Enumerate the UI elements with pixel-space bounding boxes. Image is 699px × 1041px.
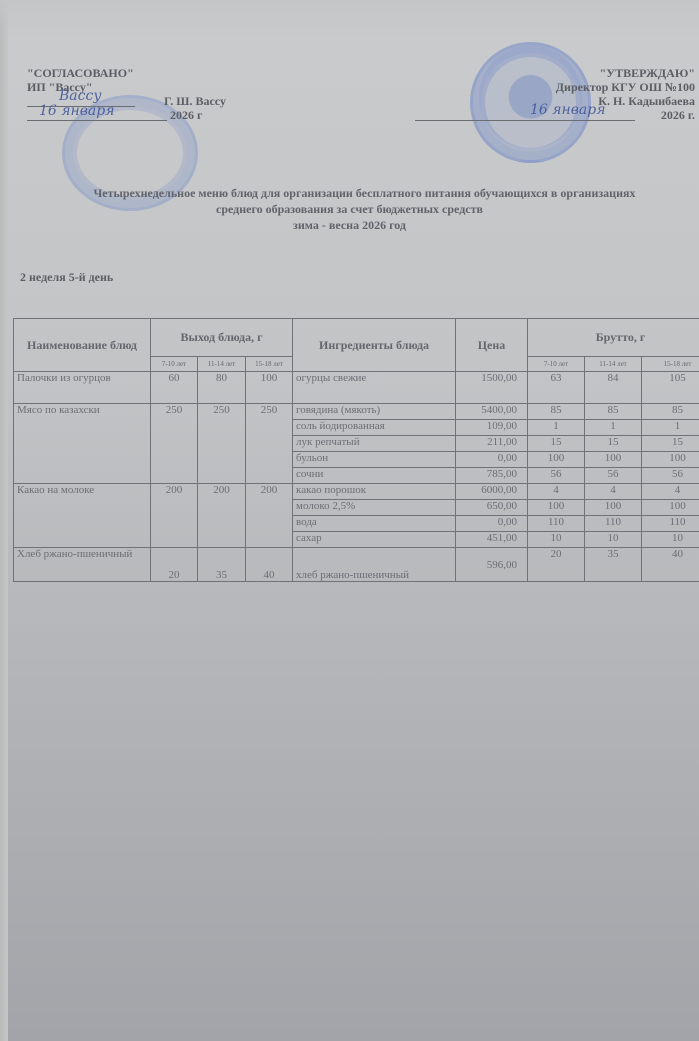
ingredient-gross: 4 <box>585 484 642 500</box>
approval-right-date-line: 16 января 2026 г. <box>490 108 695 122</box>
ingredient-gross: 4 <box>528 484 585 500</box>
paper-edge <box>0 0 8 1041</box>
ingredient-gross: 85 <box>528 404 585 420</box>
handwritten-date: 16 января <box>530 103 605 117</box>
ingredient-gross: 63 <box>528 372 585 404</box>
title-line-3: зима - весна 2026 год <box>0 217 699 233</box>
ingredient-gross: 84 <box>585 372 642 404</box>
ingredient-gross: 100 <box>528 500 585 516</box>
approval-left-year: 2026 г <box>170 108 202 122</box>
date-underline <box>27 120 167 121</box>
approval-left-heading: "СОГЛАСОВАНО" <box>27 66 287 80</box>
ingredient-gross: 56 <box>585 468 642 484</box>
dish-yield: 200 <box>151 484 198 548</box>
dish-name: Какао на молоке <box>14 484 151 548</box>
ingredient-gross: 15 <box>642 436 699 452</box>
ingredient-gross: 4 <box>642 484 699 500</box>
ingredient-name: бульон <box>293 452 456 468</box>
ingredient-gross: 85 <box>642 404 699 420</box>
dish-yield: 250 <box>198 404 246 484</box>
ingredient-gross: 20 <box>528 548 585 582</box>
ingredient-name: хлеб ржано-пшеничный <box>293 548 456 582</box>
approval-right-heading: "УТВЕРЖДАЮ" <box>490 66 695 80</box>
approval-right-position: Директор КГУ ОШ №100 <box>490 80 695 94</box>
ingredient-name: соль йодированная <box>293 420 456 436</box>
ingredient-gross: 15 <box>585 436 642 452</box>
ingredient-price: 211,00 <box>456 436 528 452</box>
week-day-label: 2 неделя 5-й день <box>20 270 113 285</box>
ingredient-gross: 100 <box>642 500 699 516</box>
ingredient-price: 0,00 <box>456 516 528 532</box>
ingredient-gross: 10 <box>585 532 642 548</box>
ingredient-price: 785,00 <box>456 468 528 484</box>
menu-table: Наименование блюд Выход блюда, г Ингреди… <box>13 318 699 582</box>
ingredient-price: 596,00 <box>456 548 528 582</box>
approval-left-person: Г. Ш. Вассу <box>164 94 226 108</box>
ingredient-gross: 100 <box>528 452 585 468</box>
ingredient-name: сахар <box>293 532 456 548</box>
ingredient-gross: 85 <box>585 404 642 420</box>
document-title: Четырехнедельное меню блюд для организац… <box>0 185 699 233</box>
ingredient-gross: 10 <box>528 532 585 548</box>
header-dish: Наименование блюд <box>14 319 151 372</box>
ingredient-name: какао порошок <box>293 484 456 500</box>
approval-left-date-line: 16 января 2026 г <box>27 108 287 122</box>
ingredient-gross: 100 <box>642 452 699 468</box>
dish-yield: 200 <box>246 484 293 548</box>
ingredient-price: 6000,00 <box>456 484 528 500</box>
table-row: Хлеб ржано-пшеничный203540хлеб ржано-пше… <box>14 548 699 582</box>
ingredient-gross: 35 <box>585 548 642 582</box>
ingredient-price: 109,00 <box>456 420 528 436</box>
ingredient-gross: 56 <box>642 468 699 484</box>
approval-right-year: 2026 г. <box>661 108 695 122</box>
ingredient-name: лук репчатый <box>293 436 456 452</box>
dish-yield: 60 <box>151 372 198 404</box>
title-line-2: среднего образования за счет бюджетных с… <box>0 201 699 217</box>
header-yield: Выход блюда, г <box>151 319 293 357</box>
approval-left: "СОГЛАСОВАНО" ИП "Вассу" Вассу Г. Ш. Вас… <box>27 66 287 122</box>
table-row: Мясо по казахски250250250говядина (мякот… <box>14 404 699 420</box>
ingredient-gross: 100 <box>585 452 642 468</box>
dish-name: Палочки из огурцов <box>14 372 151 404</box>
ingredient-gross: 10 <box>642 532 699 548</box>
ingredient-price: 451,00 <box>456 532 528 548</box>
ingredient-name: огурцы свежие <box>293 372 456 404</box>
approval-right: "УТВЕРЖДАЮ" Директор КГУ ОШ №100 К. Н. К… <box>490 66 695 122</box>
dish-yield: 200 <box>198 484 246 548</box>
menu-table-body: Палочки из огурцов6080100огурцы свежие15… <box>14 372 699 582</box>
header-ingredients: Ингредиенты блюда <box>293 319 456 372</box>
handwritten-signature: Вассу <box>59 89 101 103</box>
ingredient-name: вода <box>293 516 456 532</box>
ingredient-price: 1500,00 <box>456 372 528 404</box>
header-gross-age-7-10: 7-10 лет <box>528 357 585 372</box>
table-row: Палочки из огурцов6080100огурцы свежие15… <box>14 372 699 404</box>
dish-yield: 250 <box>151 404 198 484</box>
header-price: Цена <box>456 319 528 372</box>
header-gross-age-15-18: 15-18 лет <box>642 357 699 372</box>
dish-yield: 20 <box>151 548 198 582</box>
ingredient-gross: 105 <box>642 372 699 404</box>
date-underline <box>415 120 635 121</box>
table-row: Какао на молоке200200200какао порошок600… <box>14 484 699 500</box>
dish-yield: 35 <box>198 548 246 582</box>
ingredient-gross: 15 <box>528 436 585 452</box>
ingredient-gross: 110 <box>585 516 642 532</box>
ingredient-gross: 110 <box>528 516 585 532</box>
header-gross-age-11-14: 11-14 лет <box>585 357 642 372</box>
header-yield-age-7-10: 7-10 лет <box>151 357 198 372</box>
ingredient-price: 0,00 <box>456 452 528 468</box>
ingredient-name: сочни <box>293 468 456 484</box>
ingredient-gross: 56 <box>528 468 585 484</box>
dish-yield: 40 <box>246 548 293 582</box>
ingredient-gross: 1 <box>585 420 642 436</box>
ingredient-price: 5400,00 <box>456 404 528 420</box>
ingredient-gross: 100 <box>585 500 642 516</box>
header-gross: Брутто, г <box>528 319 699 357</box>
ingredient-gross: 1 <box>642 420 699 436</box>
dish-yield: 100 <box>246 372 293 404</box>
dish-yield: 80 <box>198 372 246 404</box>
dish-name: Хлеб ржано-пшеничный <box>14 548 151 582</box>
handwritten-date: 16 января <box>39 104 114 118</box>
ingredient-price: 650,00 <box>456 500 528 516</box>
header-yield-age-11-14: 11-14 лет <box>198 357 246 372</box>
ingredient-gross: 110 <box>642 516 699 532</box>
ingredient-name: молоко 2,5% <box>293 500 456 516</box>
dish-yield: 250 <box>246 404 293 484</box>
title-line-1: Четырехнедельное меню блюд для организац… <box>0 185 699 201</box>
ingredient-gross: 40 <box>642 548 699 582</box>
ingredient-gross: 1 <box>528 420 585 436</box>
paper-shadow <box>0 0 699 40</box>
dish-name: Мясо по казахски <box>14 404 151 484</box>
ingredient-name: говядина (мякоть) <box>293 404 456 420</box>
header-yield-age-15-18: 15-18 лет <box>246 357 293 372</box>
